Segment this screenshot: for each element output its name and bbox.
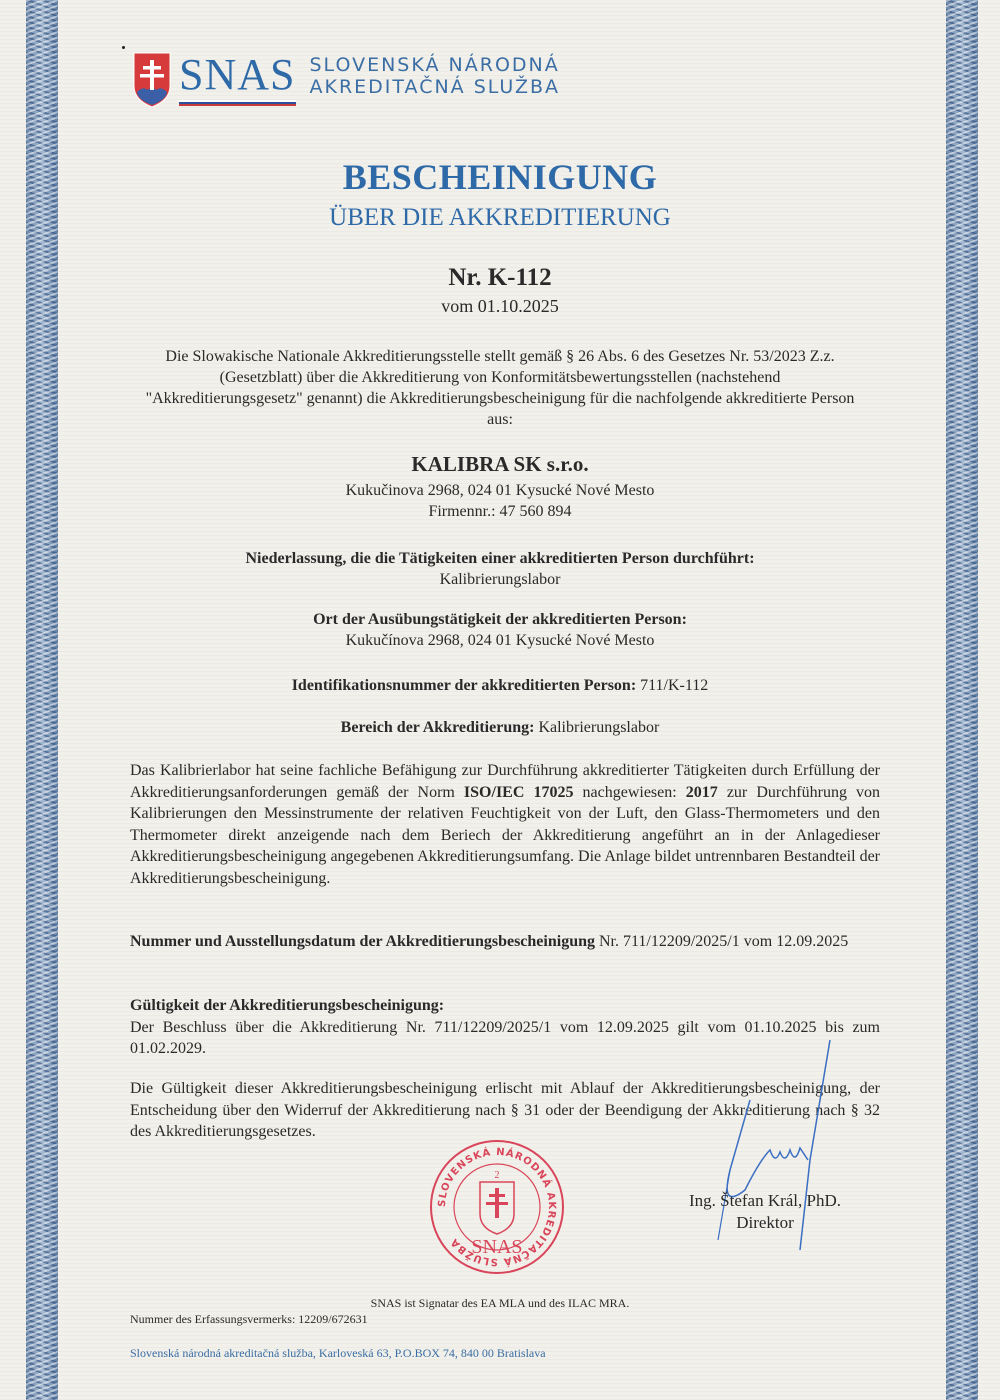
logo-wordmark: SNAS	[179, 52, 296, 98]
certificate-date: vom 01.10.2025	[0, 296, 1000, 317]
company-address: Kukučinova 2968, 024 01 Kysucké Nové Mes…	[0, 480, 1000, 501]
scope-label: Bereich der Akkreditierung:	[341, 719, 535, 736]
snas-logo: SNAS SLOVENSKÁ NÁRODNÁ AKREDITAČNÁ SLUŽB…	[133, 52, 560, 108]
svg-text:SNAS: SNAS	[471, 1236, 522, 1258]
identification-value: 711/K-112	[640, 677, 708, 694]
signer-role: Direktor	[665, 1212, 865, 1234]
slovak-shield-icon	[133, 52, 171, 108]
norm-year: 2017	[686, 784, 718, 801]
signer-name: Ing. Štefan Král, PhD.	[665, 1190, 865, 1212]
company-reg-number: Firmennr.: 47 560 894	[0, 501, 1000, 522]
competence-paragraph: Das Kalibrierlabor hat seine fachliche B…	[130, 760, 880, 889]
certificate-number: Nr. K-112	[0, 264, 1000, 292]
official-stamp: SLOVENSKÁ NÁRODNÁ AKREDITAČNÁ SLUŽBA 2 S…	[428, 1138, 566, 1276]
issue-label: Nummer und Ausstellungsdatum der Akkredi…	[130, 933, 595, 950]
identification-label: Identifikationsnummer der akkreditierten…	[292, 677, 636, 694]
issue-value: Nr. 711/12209/2025/1 vom 12.09.2025	[595, 933, 848, 950]
record-number: Nummer des Erfassungsvermerks: 12209/672…	[130, 1312, 368, 1327]
signatory-note: SNAS ist Signatar des EA MLA und des ILA…	[0, 1296, 1000, 1311]
company-name: KALIBRA SK s.r.o.	[0, 452, 1000, 477]
identification-section: Identifikationsnummer der akkreditierten…	[0, 675, 1000, 696]
document-subtitle: ÜBER DIE AKKREDITIERUNG	[0, 204, 1000, 232]
location-label: Ort der Ausübungstätigkeit der akkrediti…	[0, 609, 1000, 630]
branch-section: Niederlassung, die die Tätigkeiten einer…	[0, 548, 1000, 590]
validity-label: Gültigkeit der Akkreditierungsbescheinig…	[130, 995, 880, 1017]
scan-dot	[122, 46, 125, 49]
tricolor-bar	[179, 100, 296, 106]
scope-section: Bereich der Akkreditierung: Kalibrierung…	[0, 717, 1000, 738]
location-section: Ort der Ausübungstätigkeit der akkrediti…	[0, 609, 1000, 651]
certificate-page: SNAS SLOVENSKÁ NÁRODNÁ AKREDITAČNÁ SLUŽB…	[0, 0, 1000, 1400]
location-value: Kukučínova 2968, 024 01 Kysucké Nové Mes…	[0, 630, 1000, 651]
organization-name: SLOVENSKÁ NÁRODNÁ AKREDITAČNÁ SLUŽBA	[310, 54, 561, 98]
issue-section: Nummer und Ausstellungsdatum der Akkredi…	[130, 931, 880, 953]
svg-text:2: 2	[495, 1170, 500, 1181]
signer-block: Ing. Štefan Král, PhD. Direktor	[665, 1190, 865, 1234]
document-title: BESCHEINIGUNG	[0, 156, 1000, 198]
branch-value: Kalibrierungslabor	[0, 569, 1000, 590]
scope-value: Kalibrierungslabor	[538, 719, 659, 736]
intro-paragraph: Die Slowakische Nationale Akkreditierung…	[0, 346, 1000, 430]
norm-reference: ISO/IEC 17025	[464, 784, 574, 801]
company-address-block: Kukučinova 2968, 024 01 Kysucké Nové Mes…	[0, 480, 1000, 522]
footer-address: Slovenská národná akreditačná služba, Ka…	[130, 1346, 546, 1361]
branch-label: Niederlassung, die die Tätigkeiten einer…	[0, 548, 1000, 569]
